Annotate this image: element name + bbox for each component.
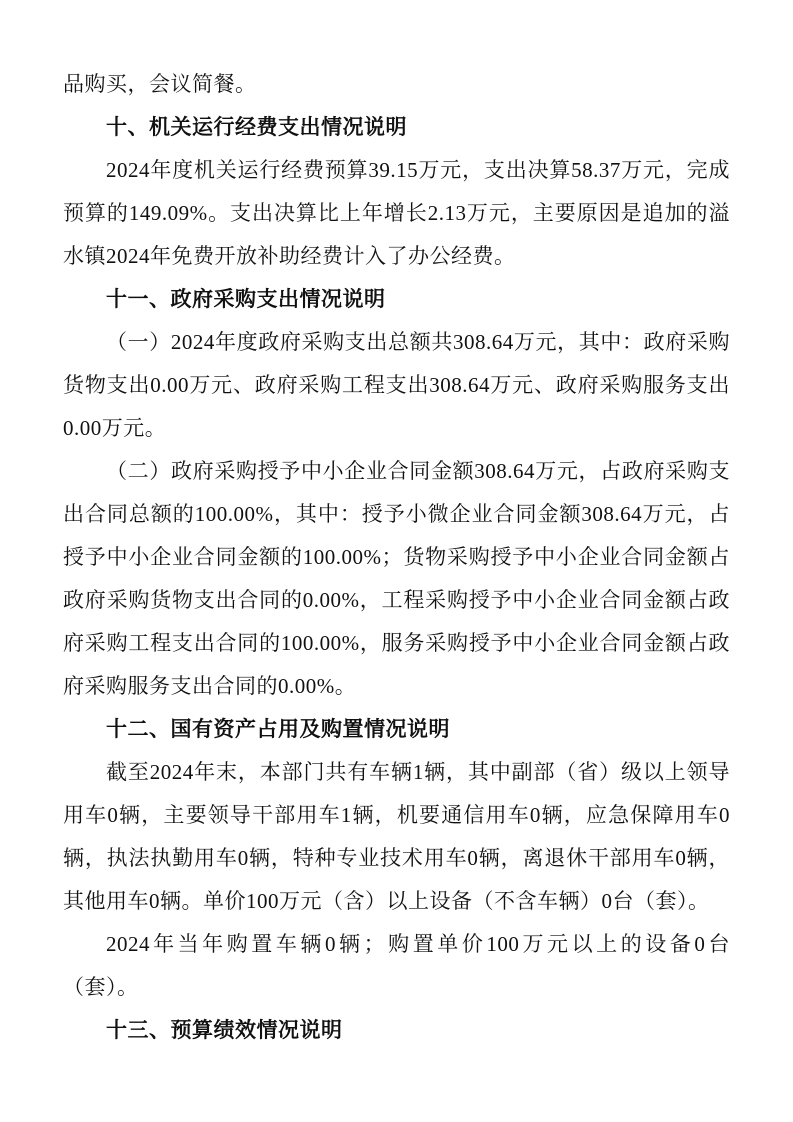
section-heading-11: 十一、政府采购支出情况说明 [63,278,730,321]
section-heading-13: 十三、预算绩效情况说明 [63,1009,730,1052]
paragraph-state-assets: 截至2024年末，本部门共有车辆1辆，其中副部（省）级以上领导用车0辆，主要领导… [63,751,730,923]
paragraph-procurement-sme: （二）政府采购授予中小企业合同金额308.64万元，占政府采购支出合同总额的10… [63,450,730,708]
paragraph-continuation: 品购买，会议简餐。 [63,63,730,106]
section-heading-10: 十、机关运行经费支出情况说明 [63,106,730,149]
paragraph-purchases-current-year: 2024年当年购置车辆0辆；购置单价100万元以上的设备0台（套）。 [63,923,730,1009]
document-page: 品购买，会议简餐。 十、机关运行经费支出情况说明 2024年度机关运行经费预算3… [0,0,793,1122]
paragraph-operating-expenses: 2024年度机关运行经费预算39.15万元，支出决算58.37万元，完成预算的1… [63,149,730,278]
section-heading-12: 十二、国有资产占用及购置情况说明 [63,708,730,751]
paragraph-procurement-total: （一）2024年度政府采购支出总额共308.64万元，其中：政府采购货物支出0.… [63,321,730,450]
document-content: 品购买，会议简餐。 十、机关运行经费支出情况说明 2024年度机关运行经费预算3… [63,63,730,1052]
